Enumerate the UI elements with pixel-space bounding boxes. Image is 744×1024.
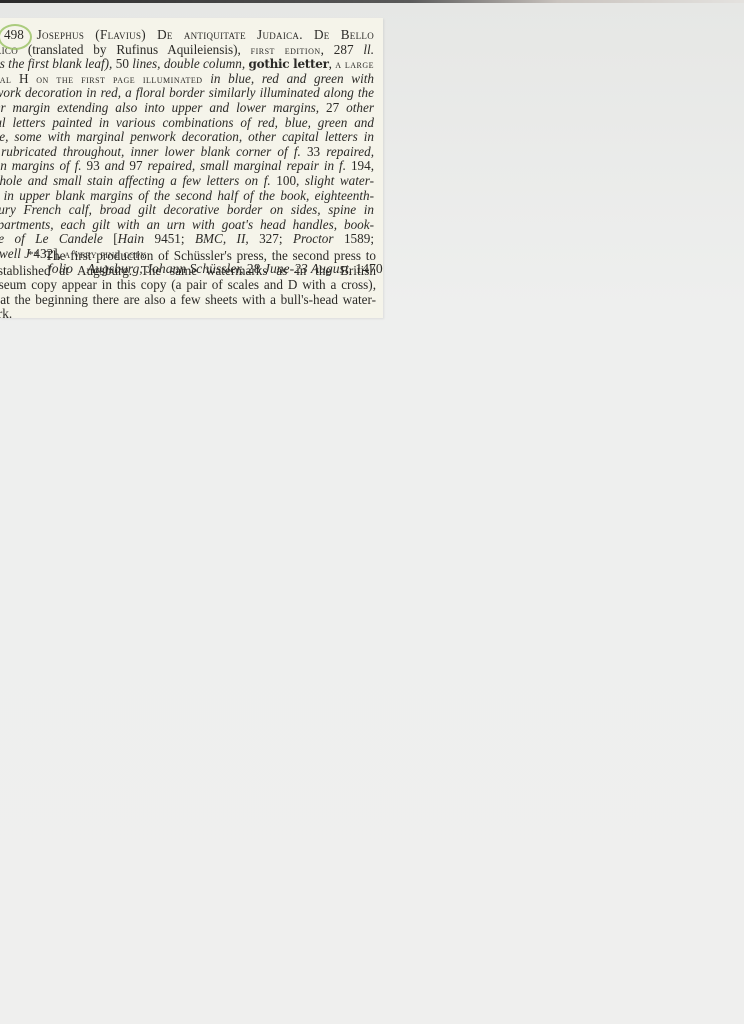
entry-segment: a large xyxy=(335,59,374,71)
note-line: established at Augsburg. The same waterm… xyxy=(0,264,376,279)
entry-segment: nwork decoration in red, a floral border… xyxy=(0,85,374,100)
entry-segment: 1589; xyxy=(344,231,374,246)
entry-segment: (translated by Rufinus Aquileiensis), xyxy=(18,42,251,57)
entry-line: t in margins of f. 93 and 97 repaired, s… xyxy=(0,159,374,174)
entry-segment: cks the first blank leaf), xyxy=(0,56,116,71)
entry-line: ate of Le Candele [Hain 9451; BMC, II, 3… xyxy=(0,232,374,247)
entry-line: itial H on the first page illuminated in… xyxy=(0,72,374,87)
catalogue-clipping: 498 Josephus (Flavius) De antiquitate Ju… xyxy=(0,18,383,318)
entry-segment: BMC, II, xyxy=(195,231,259,246)
entry-segment: lines, double column, xyxy=(132,56,248,71)
entry-segment: tial letters painted in various combinat… xyxy=(0,115,374,130)
entry-segment: 194, xyxy=(351,158,374,173)
entry-segment: l, rubricated throughout, inner lower bl… xyxy=(0,144,307,159)
note-line: ark. xyxy=(0,307,376,318)
entry-segment: ate of Le Candele xyxy=(0,231,113,246)
entry-line: nwork decoration in red, a floral border… xyxy=(0,86,374,101)
catalogue-entry: 498 Josephus (Flavius) De antiquitate Ju… xyxy=(0,28,374,278)
entry-line: tial letters painted in various combinat… xyxy=(0,116,374,131)
entry-line: cks the first blank leaf), 50 lines, dou… xyxy=(0,57,374,72)
entry-segment: , 287 xyxy=(321,42,364,57)
lot-number: 498 xyxy=(2,28,26,43)
asterisk-marker: ** xyxy=(28,251,39,259)
entry-line: hre, some with marginal penwork decorati… xyxy=(0,130,374,145)
entry-segment: 327; xyxy=(259,231,293,246)
title-segment: Josephus (Flavius) De antiquitate Judaic… xyxy=(37,27,374,42)
entry-segment: 9451; xyxy=(155,231,195,246)
entry-line: ner margin extending also into upper and… xyxy=(0,101,374,116)
entry-segment: 93 xyxy=(87,158,105,173)
entry-description: daico (translated by Rufinus Aquileiensi… xyxy=(0,43,374,262)
entry-segment: Hain xyxy=(118,231,155,246)
entry-segment: first edition xyxy=(251,45,321,57)
note-line: t at the beginning there are also a few … xyxy=(0,293,376,308)
entry-segment: and xyxy=(105,158,130,173)
entry-segment: hre, some with marginal penwork decorati… xyxy=(0,129,374,144)
entry-segment: in in upper blank margins of the second … xyxy=(0,188,374,203)
entry-segment: repaired, xyxy=(326,144,374,159)
entry-line: in in upper blank margins of the second … xyxy=(0,189,374,204)
entry-title: Josephus (Flavius) De antiquitate Judaic… xyxy=(37,27,374,42)
entry-segment: 100 xyxy=(276,173,296,188)
entry-segment: y hole and small stain affecting a few l… xyxy=(0,173,276,188)
entry-segment: other xyxy=(346,100,374,115)
entry-segment: ner margin extending also into upper and… xyxy=(0,100,326,115)
entry-line: mpartments, each gilt with an urn with g… xyxy=(0,218,374,233)
entry-segment: in blue, red and green with xyxy=(210,71,374,86)
note-line: **The first production of Schüssler's pr… xyxy=(0,249,376,264)
bibliographic-note: **The first production of Schüssler's pr… xyxy=(0,249,376,318)
entry-segment: t in margins of f. xyxy=(0,158,87,173)
entry-segment: on the first page illuminated xyxy=(36,74,210,86)
entry-segment: ntury French calf, broad gilt decorative… xyxy=(0,202,374,217)
entry-line: daico (translated by Rufinus Aquileiensi… xyxy=(0,43,374,58)
entry-line: l, rubricated throughout, inner lower bl… xyxy=(0,145,374,160)
entry-line: ntury French calf, broad gilt decorative… xyxy=(0,203,374,218)
entry-line-0: 498 Josephus (Flavius) De antiquitate Ju… xyxy=(0,28,374,43)
note-line: useum copy appear in this copy (a pair o… xyxy=(0,278,376,293)
entry-segment: 97 xyxy=(129,158,147,173)
entry-segment: H xyxy=(19,71,36,86)
entry-segment: itial xyxy=(0,74,19,86)
entry-segment: , slight water- xyxy=(296,173,374,188)
entry-segment: 50 xyxy=(116,56,133,71)
entry-segment: Proctor xyxy=(293,231,344,246)
entry-segment: 33 xyxy=(307,144,326,159)
entry-segment: 27 xyxy=(326,100,346,115)
entry-segment: ll. xyxy=(363,42,374,57)
entry-segment: gothic letter xyxy=(249,57,329,71)
entry-segment: mpartments, each gilt with an urn with g… xyxy=(0,217,374,232)
note-text: **The first production of Schüssler's pr… xyxy=(0,249,376,318)
entry-segment: repaired, small marginal repair in f. xyxy=(148,158,351,173)
entry-line: y hole and small stain affecting a few l… xyxy=(0,174,374,189)
